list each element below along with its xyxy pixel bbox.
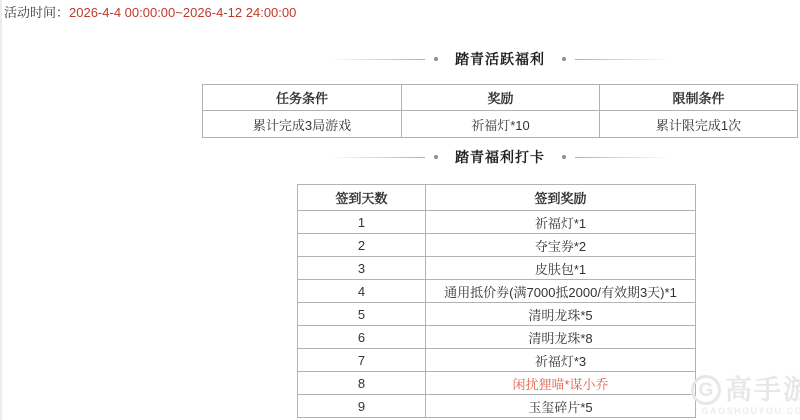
section-title-active-welfare: 踏青活跃福利 bbox=[200, 50, 800, 68]
table-row: 8闲扰狸喵*谋小乔 bbox=[298, 372, 696, 395]
section-title-text: 踏青福利打卡 bbox=[447, 147, 553, 167]
active-welfare-table: 任务条件奖励限制条件累计完成3局游戏祈福灯*10累计限完成1次 bbox=[202, 84, 798, 138]
table-cell: 祈福灯*10 bbox=[402, 111, 600, 138]
table-cell: 玉玺碎片*5 bbox=[426, 395, 696, 418]
table-cell: 夺宝券*2 bbox=[426, 234, 696, 257]
table-row: 7祈福灯*3 bbox=[298, 349, 696, 372]
table-row: 4通用抵价券(满7000抵2000/有效期3天)*1 bbox=[298, 280, 696, 303]
section-title-checkin: 踏青福利打卡 bbox=[200, 148, 800, 166]
table-row: 3皮肤包*1 bbox=[298, 257, 696, 280]
table-row: 2夺宝券*2 bbox=[298, 234, 696, 257]
table-cell: 皮肤包*1 bbox=[426, 257, 696, 280]
table-header-cell: 限制条件 bbox=[600, 85, 798, 111]
title-left-dot-icon bbox=[434, 155, 438, 159]
table-cell: 闲扰狸喵*谋小乔 bbox=[426, 372, 696, 395]
watermark-g-logo-icon: G bbox=[691, 375, 721, 405]
page-left-edge bbox=[0, 0, 2, 420]
table-header-cell: 签到天数 bbox=[298, 185, 426, 211]
table-header-cell: 奖励 bbox=[402, 85, 600, 111]
table-cell: 9 bbox=[298, 395, 426, 418]
title-left-dot-icon bbox=[434, 57, 438, 61]
title-right-dot-icon bbox=[562, 155, 566, 159]
table-header-row: 签到天数签到奖励 bbox=[298, 185, 696, 211]
table-row: 6清明龙珠*8 bbox=[298, 326, 696, 349]
table-cell: 8 bbox=[298, 372, 426, 395]
table-cell: 祈福灯*3 bbox=[426, 349, 696, 372]
table-cell: 清明龙珠*8 bbox=[426, 326, 696, 349]
activity-time-value: 2026-4-4 00:00:00~2026-4-12 24:00:00 bbox=[69, 5, 296, 20]
table-row: 5清明龙珠*5 bbox=[298, 303, 696, 326]
table-header-cell: 任务条件 bbox=[203, 85, 402, 111]
table-cell: 5 bbox=[298, 303, 426, 326]
table-row: 累计完成3局游戏祈福灯*10累计限完成1次 bbox=[203, 111, 798, 138]
watermark-site-url: GAOSHOUYOU.COM bbox=[691, 407, 800, 416]
table-header-row: 任务条件奖励限制条件 bbox=[203, 85, 798, 111]
table-cell: 4 bbox=[298, 280, 426, 303]
gaoshouyou-watermark: G 高手游 GAOSHOUYOU.COM bbox=[691, 375, 800, 416]
watermark-site-name: 高手游 bbox=[725, 377, 800, 404]
title-right-divider bbox=[575, 59, 671, 60]
title-right-dot-icon bbox=[562, 57, 566, 61]
table-cell: 清明龙珠*5 bbox=[426, 303, 696, 326]
table-cell: 累计限完成1次 bbox=[600, 111, 798, 138]
table-cell: 7 bbox=[298, 349, 426, 372]
table-cell: 1 bbox=[298, 211, 426, 234]
table-row: 1祈福灯*1 bbox=[298, 211, 696, 234]
section-title-text: 踏青活跃福利 bbox=[447, 49, 553, 69]
table-cell: 通用抵价券(满7000抵2000/有效期3天)*1 bbox=[426, 280, 696, 303]
title-right-divider bbox=[575, 157, 671, 158]
table-cell: 2 bbox=[298, 234, 426, 257]
checkin-reward-table: 签到天数签到奖励1祈福灯*12夺宝券*23皮肤包*14通用抵价券(满7000抵2… bbox=[297, 184, 696, 418]
activity-time-label: 活动时间： bbox=[4, 5, 69, 20]
title-left-divider bbox=[329, 157, 425, 158]
table-row: 9玉玺碎片*5 bbox=[298, 395, 696, 418]
table-cell: 祈福灯*1 bbox=[426, 211, 696, 234]
table-cell: 累计完成3局游戏 bbox=[203, 111, 402, 138]
activity-time-line: 活动时间：2026-4-4 00:00:00~2026-4-12 24:00:0… bbox=[4, 2, 296, 21]
table-cell: 3 bbox=[298, 257, 426, 280]
title-left-divider bbox=[329, 59, 425, 60]
table-cell: 6 bbox=[298, 326, 426, 349]
table-header-cell: 签到奖励 bbox=[426, 185, 696, 211]
